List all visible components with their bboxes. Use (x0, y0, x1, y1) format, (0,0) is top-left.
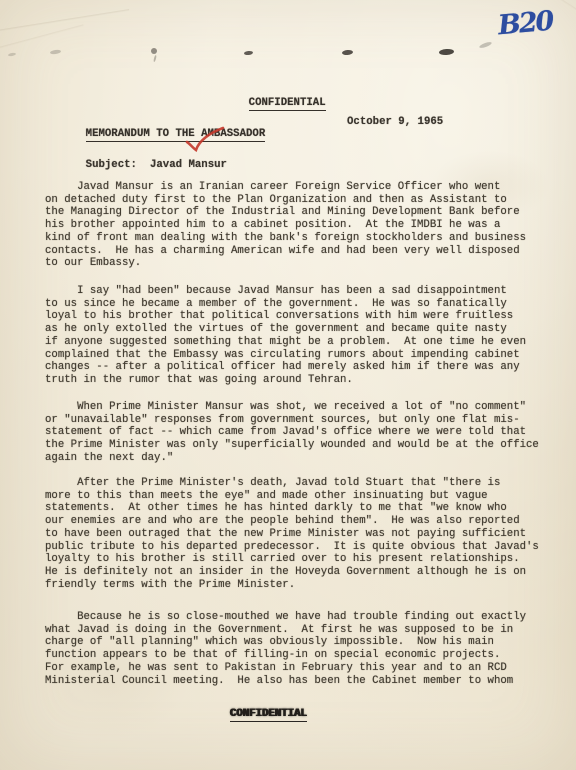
classification-footer: CONFIDENTIAL (230, 708, 307, 722)
memo-page: B20 CONFIDENTIAL MEMORANDUM TO THE AMBAS… (0, 0, 576, 770)
red-checkmark-icon (180, 124, 230, 158)
subject-label: Subject: (86, 159, 137, 171)
subject-value: Javad Mansur (150, 159, 227, 171)
paragraph-3: When Prime Minister Mansur was shot, we … (45, 401, 539, 465)
smudge-mark (479, 41, 493, 49)
memo-heading-text: MEMORANDUM TO THE AMBASSADOR (86, 128, 266, 142)
paragraph-1: Javad Mansur is an Iranian career Foreig… (45, 181, 526, 270)
smudge-mark (244, 51, 253, 56)
smudge-mark (8, 52, 16, 56)
paragraph-2: I say "had been" because Javad Mansur ha… (45, 285, 526, 387)
smudge-mark (342, 50, 353, 56)
classification-header-text: CONFIDENTIAL (249, 97, 326, 111)
handwritten-note: B20 (497, 6, 554, 42)
paragraph-4: After the Prime Minister's death, Javad … (45, 477, 539, 591)
smudge-mark (151, 48, 157, 54)
smudge-mark (50, 49, 61, 54)
smudge-mark (153, 55, 157, 62)
paragraph-5: Because he is so close-mouthed we have h… (45, 611, 526, 687)
memo-date: October 9, 1965 (347, 116, 443, 129)
smudge-mark (439, 48, 454, 55)
